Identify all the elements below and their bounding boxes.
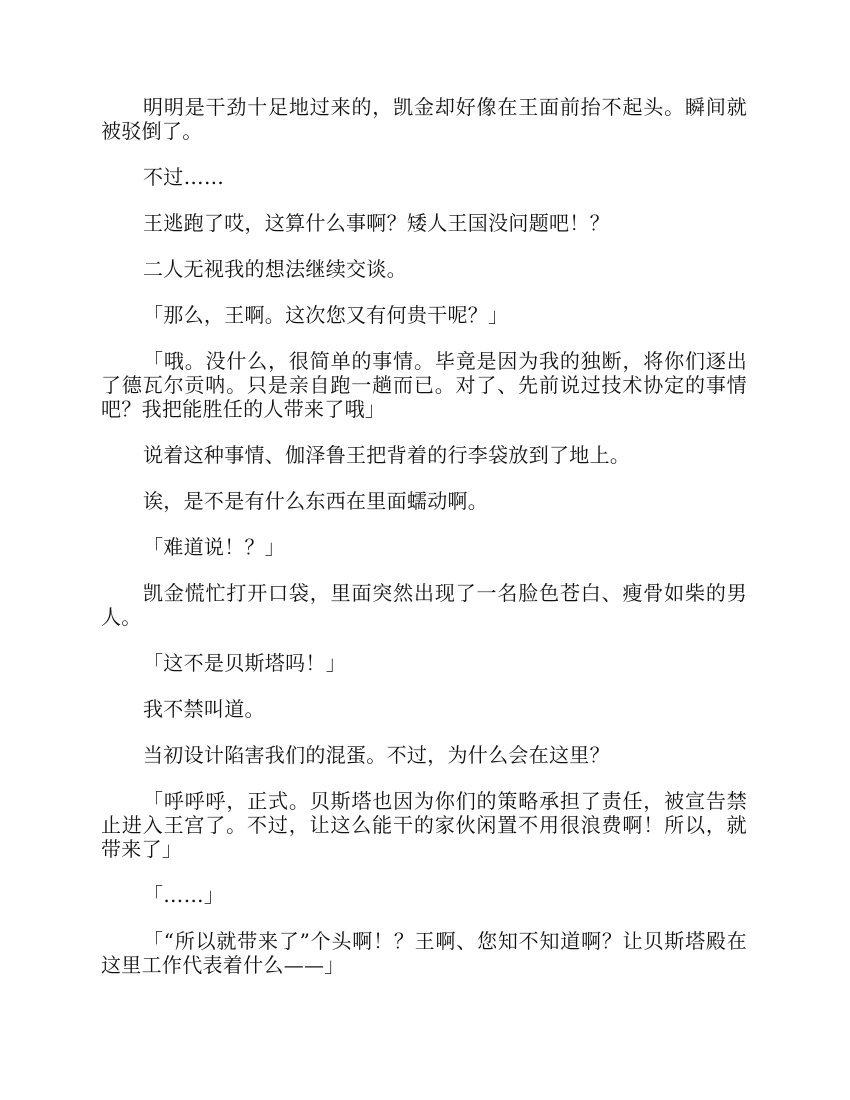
document-page: 明明是干劲十足地过来的，凯金却好像在王面前抬不起头。瞬间就被驳倒了。 不过…… … (101, 95, 747, 999)
paragraph: 「难道说！？」 (101, 535, 747, 559)
paragraph: 凯金慌忙打开口袋，里面突然出现了一名脸色苍白、瘦骨如柴的男人。 (101, 581, 747, 629)
paragraph: 明明是干劲十足地过来的，凯金却好像在王面前抬不起头。瞬间就被驳倒了。 (101, 95, 747, 143)
paragraph: 说着这种事情、伽泽鲁王把背着的行李袋放到了地上。 (101, 443, 747, 467)
paragraph: 「哦。没什么，很简单的事情。毕竟是因为我的独断，将你们逐出了德瓦尔贡呐。只是亲自… (101, 349, 747, 421)
paragraph: 「那么，王啊。这次您又有何贵干呢？」 (101, 303, 747, 327)
paragraph: 当初设计陷害我们的混蛋。不过，为什么会在这里？ (101, 743, 747, 767)
paragraph: 「这不是贝斯塔吗！」 (101, 651, 747, 675)
paragraph: 诶，是不是有什么东西在里面蠕动啊。 (101, 489, 747, 513)
paragraph: 我不禁叫道。 (101, 697, 747, 721)
paragraph: 二人无视我的想法继续交谈。 (101, 257, 747, 281)
paragraph: 不过…… (101, 165, 747, 189)
paragraph: 「呼呼呼，正式。贝斯塔也因为你们的策略承担了责任，被宣告禁止进入王宫了。不过，让… (101, 789, 747, 861)
paragraph: 王逃跑了哎，这算什么事啊？矮人王国没问题吧！？ (101, 211, 747, 235)
paragraph: 「“所以就带来了”个头啊！？王啊、您知不知道啊？让贝斯塔殿在这里工作代表着什么—… (101, 929, 747, 977)
paragraph: 「……」 (101, 883, 747, 907)
